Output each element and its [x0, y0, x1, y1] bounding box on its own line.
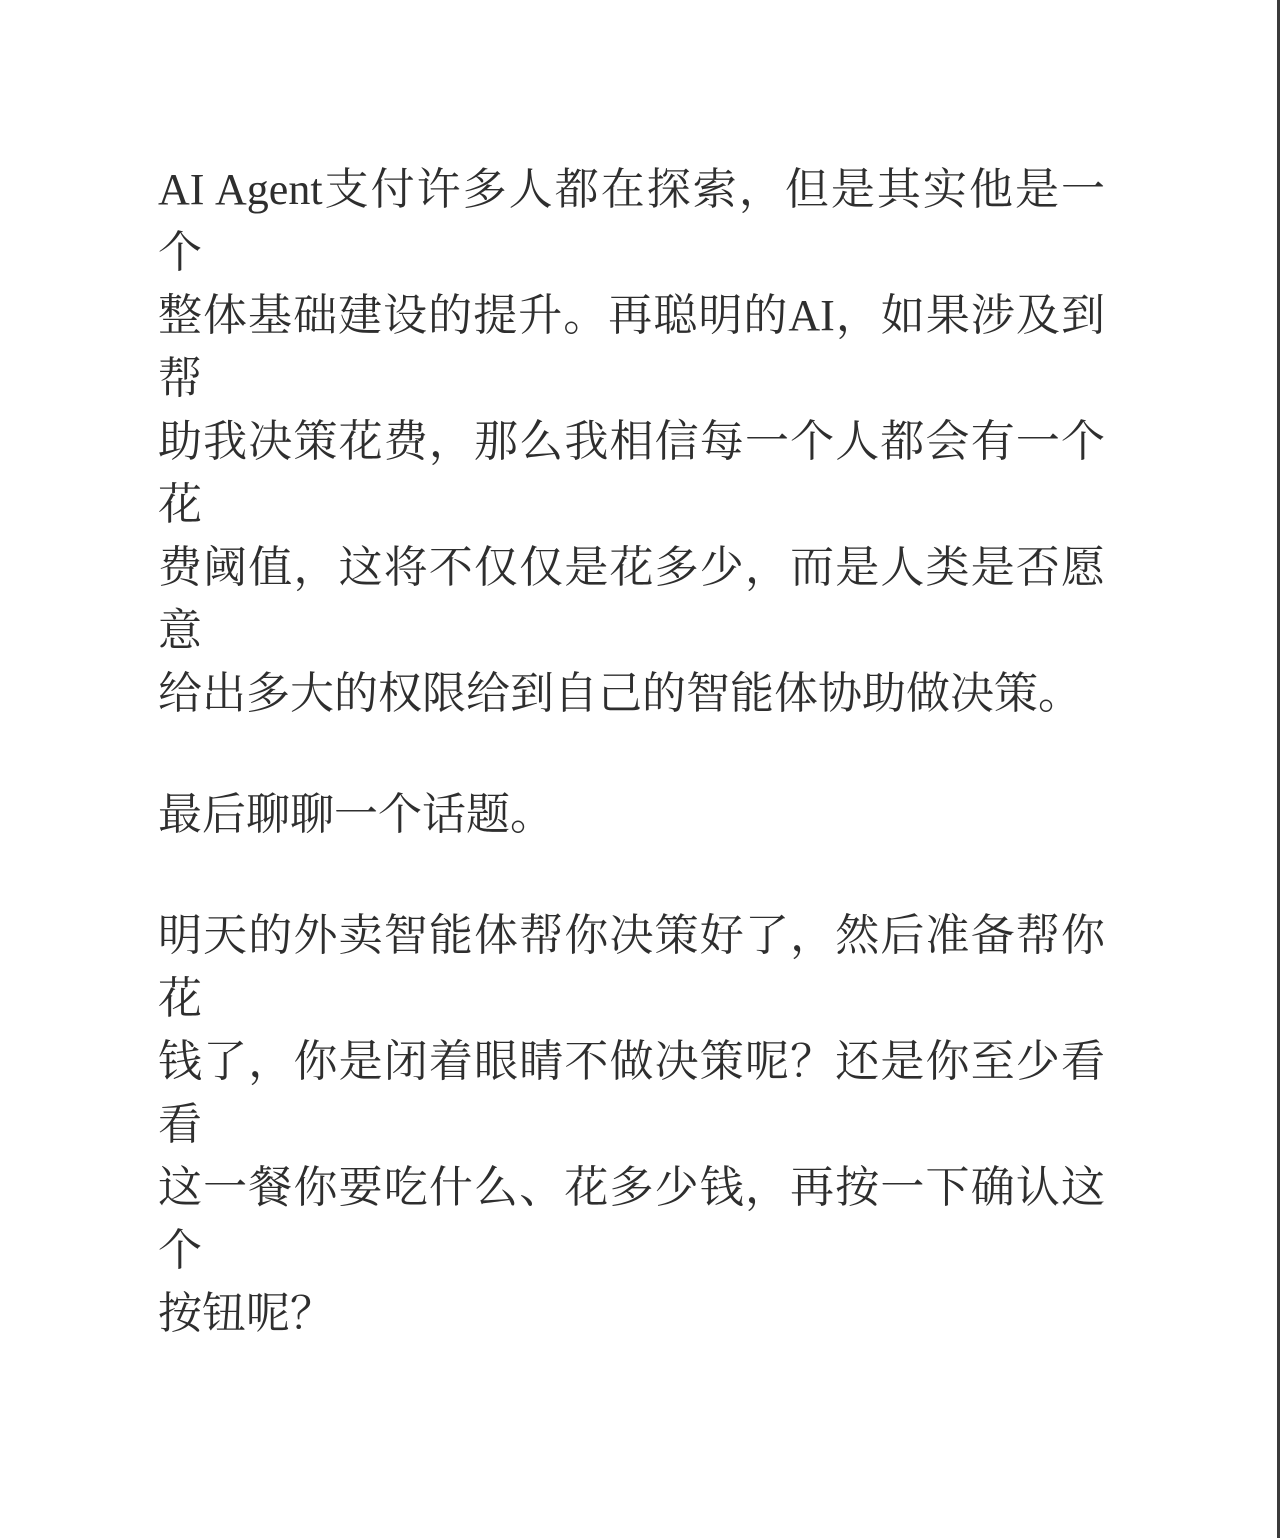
- text-line: 费阈值，这将不仅仅是花多少，而是人类是否愿意: [158, 536, 1105, 662]
- paragraph: 最后聊聊一个话题。: [158, 783, 1105, 846]
- text-line: 明天的外卖智能体帮你决策好了，然后准备帮你花: [158, 904, 1105, 1030]
- paragraph: 明天的外卖智能体帮你决策好了，然后准备帮你花钱了，你是闭着眼睛不做决策呢？还是你…: [158, 904, 1105, 1345]
- text-line: AI Agent支付许多人都在探索，但是其实他是一个: [158, 158, 1105, 284]
- article-page: AI Agent支付许多人都在探索，但是其实他是一个整体基础建设的提升。再聪明的…: [0, 0, 1280, 1538]
- text-line: 钱了，你是闭着眼睛不做决策呢？还是你至少看看: [158, 1030, 1105, 1156]
- text-line: 最后聊聊一个话题。: [158, 783, 1105, 846]
- article-text-block: AI Agent支付许多人都在探索，但是其实他是一个整体基础建设的提升。再聪明的…: [158, 158, 1105, 1345]
- text-line: 给出多大的权限给到自己的智能体协助做决策。: [158, 662, 1105, 725]
- text-line: 助我决策花费，那么我相信每一个人都会有一个花: [158, 410, 1105, 536]
- paragraph: AI Agent支付许多人都在探索，但是其实他是一个整体基础建设的提升。再聪明的…: [158, 158, 1105, 725]
- text-line: 按钮呢？: [158, 1282, 1105, 1345]
- text-line: 整体基础建设的提升。再聪明的AI，如果涉及到帮: [158, 284, 1105, 410]
- text-line: 这一餐你要吃什么、花多少钱，再按一下确认这个: [158, 1156, 1105, 1282]
